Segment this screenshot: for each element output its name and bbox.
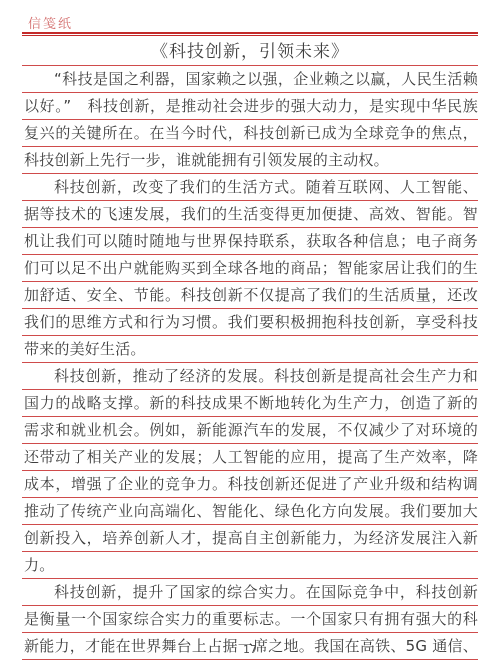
text-line: 需求和就业机会。例如，新能源汽车的发展，不仅减少了对环境的污染， bbox=[22, 417, 478, 444]
text-line: 创新投入，培养创新人才，提高自主创新能力，为经济发展注入新的动 bbox=[22, 525, 478, 552]
text-line: 科技创新，推动了经济的发展。科技创新是提高社会生产力和综合 bbox=[22, 363, 478, 390]
text-line: 国力的战略支撑。新的科技成果不断地转化为生产力，创造了新的市场 bbox=[22, 390, 478, 417]
text-line: 推动了传统产业向高端化、智能化、绿色化方向发展。我们要加大科技 bbox=[22, 498, 478, 525]
text-line: 机让我们可以随时随地与世界保持联系，获取各种信息；电子商务让我 bbox=[22, 228, 478, 255]
text-line: 带来的美好生活。 bbox=[22, 336, 478, 363]
text-line: 是衡量一个国家综合实力的重要标志。一个国家只有拥有强大的科技创 bbox=[22, 606, 478, 633]
text-line: 力。 bbox=[22, 552, 478, 579]
text-line: 据等技术的飞速发展，我们的生活变得更加便捷、高效、智能。智能手 bbox=[22, 201, 478, 228]
text-line: 们可以足不出户就能购买到全球各地的商品；智能家居让我们的生活更 bbox=[22, 255, 478, 282]
text-line: 科技创新上先行一步，谁就能拥有引领发展的主动权。 bbox=[22, 147, 478, 174]
text-line: “科技是国之利器，国家赖之以强，企业赖之以赢，人民生活赖之 bbox=[22, 66, 478, 93]
text-line: 加舒适、安全、节能。科技创新不仅提高了我们的生活质量，还改变了 bbox=[22, 282, 478, 309]
letterhead-label: 信笺纸 bbox=[28, 13, 73, 32]
essay-title: 《科技创新，引领未来》 bbox=[22, 37, 478, 66]
header-double-rule bbox=[22, 32, 478, 36]
letter-page: 信笺纸 《科技创新，引领未来》 “科技是国之利器，国家赖之以强，企业赖之以赢，人… bbox=[0, 0, 500, 664]
ruled-lines: “科技是国之利器，国家赖之以强，企业赖之以赢，人民生活赖之以好。” 科技创新，是… bbox=[22, 66, 478, 660]
text-line: 还带动了相关产业的发展；人工智能的应用，提高了生产效率，降低了 bbox=[22, 444, 478, 471]
text-line: 科技创新，改变了我们的生活方式。随着互联网、人工智能、大数 bbox=[22, 174, 478, 201]
text-line: 复兴的关键所在。在当今时代，科技创新已成为全球竞争的焦点，谁在 bbox=[22, 120, 478, 147]
text-line: 科技创新，提升了国家的综合实力。在国际竞争中，科技创新能力 bbox=[22, 579, 478, 606]
text-line: 成本，增强了企业的竞争力。科技创新还促进了产业升级和结构调整， bbox=[22, 471, 478, 498]
text-line: 以好。” 科技创新，是推动社会进步的强大动力，是实现中华民族伟大 bbox=[22, 93, 478, 120]
text-line: 我们的思维方式和行为习惯。我们要积极拥抱科技创新，享受科技创新 bbox=[22, 309, 478, 336]
page-number: 17 bbox=[0, 643, 500, 656]
essay-content: 《科技创新，引领未来》 “科技是国之利器，国家赖之以强，企业赖之以赢，人民生活赖… bbox=[22, 37, 478, 660]
